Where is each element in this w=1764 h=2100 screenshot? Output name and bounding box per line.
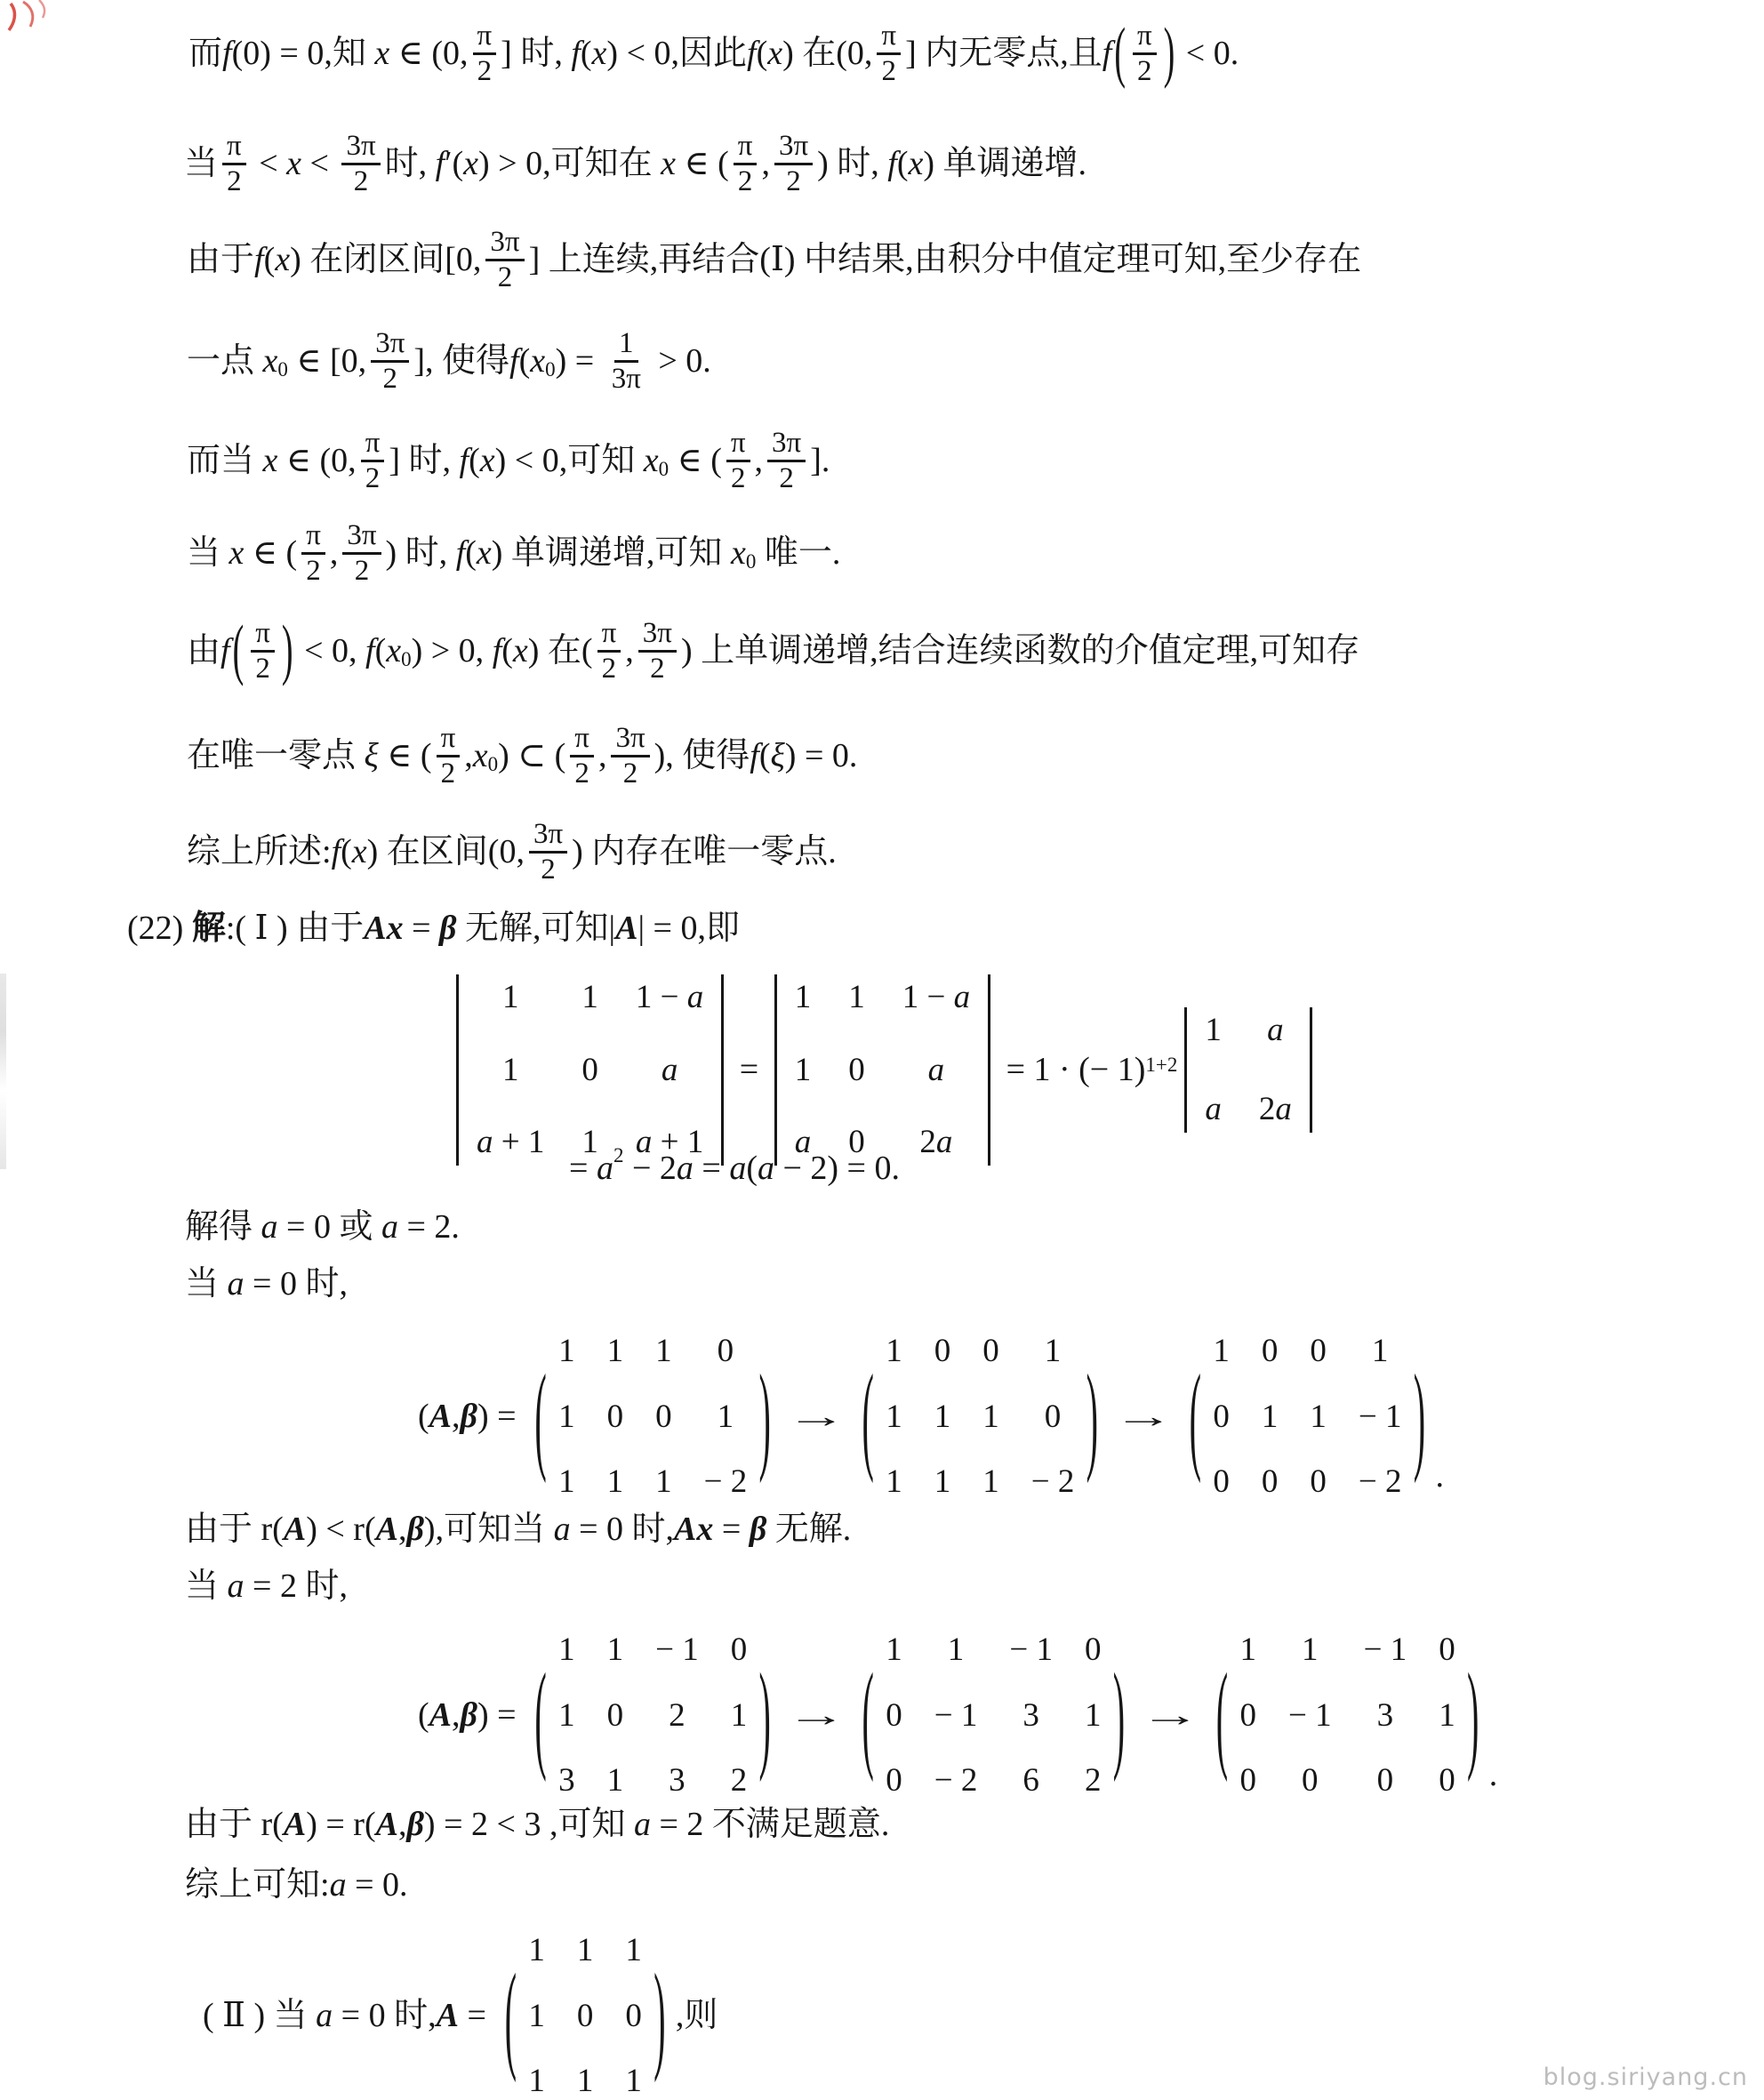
text: 1 − xyxy=(902,979,954,1015)
math-var: a xyxy=(381,1208,398,1246)
math-var: f xyxy=(332,833,341,870)
math-var: x xyxy=(530,342,545,380)
fraction: π2 xyxy=(473,20,497,88)
text: 0 xyxy=(655,1399,672,1435)
text-run: ( xyxy=(365,1510,376,1550)
text: = 0. xyxy=(347,1866,408,1904)
math-var: x xyxy=(767,35,782,72)
text: 1 xyxy=(1205,1012,1222,1048)
text: 一点 xyxy=(187,342,263,380)
text: 0 xyxy=(848,1052,865,1088)
text: 2 xyxy=(731,462,746,494)
math-var: f xyxy=(571,35,581,72)
text: ) 单调递增. xyxy=(923,145,1086,182)
text: , xyxy=(625,632,634,669)
text: ′( xyxy=(445,145,463,182)
matrix-cell: 1 − a xyxy=(636,978,703,1017)
matrix-cell: 1 xyxy=(607,1761,624,1800)
math-var: x xyxy=(463,145,478,182)
matrix-cell: 0 xyxy=(1262,1463,1279,1502)
solution-line-unique-zero-xi: 在唯一零点 ξ ∈ (π2,x0) ⊂ (π2,3π2), 使得f(ξ) = 0… xyxy=(187,722,857,790)
solution-line-mean-value-point: 一点 x0 ∈ [0,3π2], 使得f(x0) = 13π > 0. xyxy=(187,327,711,396)
matrix-grid: 111 − a10aa02a xyxy=(777,973,988,1167)
text-run: < x < xyxy=(251,144,338,184)
matrix-grid: 10011110111− 2 xyxy=(877,1330,1083,1503)
fraction: 3π2 xyxy=(342,519,381,588)
matrix-cell: 1 xyxy=(1045,1332,1062,1371)
matrix-cell: 1 xyxy=(502,978,519,1017)
text-run: ) 上单调递增,结合连续函数的介值定理,可知存 xyxy=(681,631,1359,671)
denominator: 2 xyxy=(536,854,560,886)
text: 1 xyxy=(558,1463,575,1500)
text: 时, xyxy=(385,145,436,182)
denominator: 2 xyxy=(379,363,403,396)
text: ( xyxy=(897,145,909,182)
text: 1 xyxy=(1262,1399,1279,1435)
matrix-cell: 1 xyxy=(655,1332,672,1371)
text-run: 当 xyxy=(184,144,218,184)
text: , xyxy=(452,1696,461,1734)
text: > 0. xyxy=(650,342,711,380)
text: 0 xyxy=(607,1697,624,1734)
numerator: π xyxy=(301,519,325,555)
bold-vector: Ax xyxy=(674,1510,713,1550)
text: π xyxy=(731,427,746,459)
matrix-cell: 1 xyxy=(982,1398,999,1437)
text: ) < 0,因此 xyxy=(606,35,747,72)
matrix-cell: 1 xyxy=(886,1398,902,1437)
text: π xyxy=(574,722,589,754)
text: 2 xyxy=(650,653,665,685)
text: ) 时, xyxy=(386,534,456,572)
det-bar-right xyxy=(1310,1007,1312,1133)
text: 1 xyxy=(625,1932,642,1968)
math-var: f xyxy=(493,632,502,669)
text: 0 xyxy=(718,1333,734,1369)
matrix-cell: 0 xyxy=(1239,1761,1256,1800)
text: 2 xyxy=(779,462,794,494)
text-run: 当 a = 0 时, xyxy=(185,1264,348,1304)
text: ( xyxy=(759,737,771,774)
determinant: 1aa2a xyxy=(1184,1006,1312,1134)
math-var: a xyxy=(758,1150,774,1187)
fraction: 3π2 xyxy=(611,722,649,790)
matrix-cell: 1 xyxy=(886,1631,902,1670)
text: − 1 xyxy=(1364,1631,1407,1668)
text: 无解. xyxy=(766,1511,851,1548)
text: 3 xyxy=(1377,1697,1394,1734)
text: ), 使得 xyxy=(654,737,750,774)
text-run: = xyxy=(404,909,439,949)
text: π xyxy=(306,519,321,551)
math-var: ξ xyxy=(365,737,379,774)
bold-vector: β xyxy=(439,909,456,949)
text: 1 xyxy=(607,1631,624,1668)
text: , xyxy=(755,442,764,479)
math-var: a xyxy=(597,1150,613,1187)
text: 1 xyxy=(528,1998,545,2034)
text-run: ) = xyxy=(306,1805,353,1845)
text: 1 xyxy=(1302,1631,1319,1668)
math-var: a xyxy=(729,1150,746,1187)
text: − 2 xyxy=(704,1463,748,1500)
fraction: π2 xyxy=(597,617,621,685)
math-var: a xyxy=(634,1806,651,1843)
fraction: π2 xyxy=(1133,20,1157,88)
matrix-grid: 11− 100− 1310000 xyxy=(1231,1629,1463,1802)
text-run: = xyxy=(569,1149,597,1189)
math-var: f xyxy=(747,35,757,72)
math-var: f xyxy=(456,534,466,572)
text: 1 xyxy=(558,1333,575,1369)
matrix-cell: 3 xyxy=(558,1761,575,1800)
subscript: 0 xyxy=(545,357,556,381)
subscript: 0 xyxy=(401,647,412,671)
matrix-cell: 2a xyxy=(919,1123,952,1162)
text: ) ⊂ ( xyxy=(498,737,565,774)
paren-right: ) xyxy=(651,1944,669,2087)
text: 1 xyxy=(558,1399,575,1435)
text: 1 xyxy=(718,1399,734,1435)
numerator: π xyxy=(1133,20,1157,55)
text: 1 xyxy=(655,1463,672,1500)
text-run: = xyxy=(713,1510,749,1550)
text-run: 由f xyxy=(187,631,230,671)
matrix: (10011110111− 2) xyxy=(859,1330,1101,1503)
matrix-cell: 0 xyxy=(886,1761,902,1800)
script-base: x xyxy=(386,631,401,671)
math-var: f xyxy=(460,442,469,479)
matrix-cell: 0 xyxy=(1262,1332,1279,1371)
math-var: a xyxy=(261,1208,278,1246)
solution-line-conclusion-zero: 综上所述:f(x) 在区间(0,3π2) 内存在唯一零点. xyxy=(187,818,837,886)
math-var: x xyxy=(731,534,746,572)
math-var: f xyxy=(254,241,264,278)
text: − 2) = 0. xyxy=(774,1150,900,1187)
text: ] 内无零点,且 xyxy=(905,35,1102,72)
text: ) = xyxy=(306,1806,353,1843)
text: 3 xyxy=(669,1762,686,1799)
matrix-cell: 1 xyxy=(795,978,812,1017)
text: = 1 · (− 1) xyxy=(998,1051,1145,1088)
text-run: ) > 0, f(x) 在( xyxy=(412,631,593,671)
text: π xyxy=(227,130,242,162)
text: 2 xyxy=(731,1762,748,1799)
solution-line-continuity: 由于f(x) 在闭区间[0,3π2] 上连续,再结合(Ⅰ) 中结果,由积分中值定… xyxy=(187,226,1361,294)
text: 当 xyxy=(187,534,229,572)
text: 2 xyxy=(365,462,381,494)
matrix-cell: 1 xyxy=(718,1398,734,1437)
text: ( xyxy=(264,241,276,278)
matrix-cell: 1 xyxy=(1085,1696,1102,1735)
determinant: 111 − a10aa + 11a + 1 xyxy=(456,973,724,1167)
text: 1 xyxy=(731,1697,748,1734)
text: 1 xyxy=(1045,1333,1062,1369)
text: 1 xyxy=(528,2063,545,2099)
text: 0 xyxy=(1310,1333,1327,1369)
text: ) = xyxy=(477,1696,525,1734)
fraction: π2 xyxy=(726,427,750,495)
solution-line-monotone-increase: 当π2 < x < 3π2时, f′(x) > 0,可知在 x ∈ (π2,3π… xyxy=(184,130,1086,198)
text: | = 0,即 xyxy=(637,910,740,947)
denominator: 2 xyxy=(619,757,643,790)
matrix-cell: 0 xyxy=(581,1051,598,1090)
math-var: a xyxy=(1267,1012,1284,1048)
text-run: ( xyxy=(418,1695,429,1735)
text: 1 xyxy=(528,1932,545,1968)
matrix-cell: 0 xyxy=(886,1696,902,1735)
text: ,则 xyxy=(676,1997,718,2034)
subscript: 0 xyxy=(488,752,499,776)
math-var: x xyxy=(473,737,488,774)
paren-left: ( xyxy=(859,1345,877,1487)
bold-vector: Ax xyxy=(364,909,403,949)
matrix-cell: 1 xyxy=(731,1696,748,1735)
paren-left: ( xyxy=(1213,1644,1231,1786)
bold-vector: A xyxy=(284,1805,306,1845)
text: 0 xyxy=(1213,1399,1230,1435)
text: 2 xyxy=(498,261,513,293)
scanned-solution-page: 而f(0) = 0,知 x ∈ (0,π2] 时, f(x) < 0,因此f(x… xyxy=(0,0,1764,2100)
text: 1 xyxy=(795,1052,812,1088)
math-var: f xyxy=(887,145,897,182)
matrix-grid: 111 − a10aa + 11a + 1 xyxy=(459,973,721,1167)
text-run: 解得 a = 0 或 a = 2. xyxy=(185,1207,460,1247)
text: 0 xyxy=(1213,1463,1230,1500)
text: ( Ⅱ ) 当 xyxy=(203,1997,316,2034)
text: 2 xyxy=(227,165,242,197)
math-var: a xyxy=(661,1052,678,1088)
text: 2 xyxy=(441,757,456,790)
paren-left: ( xyxy=(532,1644,549,1786)
matrix-cell: 1 xyxy=(558,1332,575,1371)
numerator: 3π xyxy=(371,327,409,363)
text-run: 由于f(x) 在闭区间[0, xyxy=(187,240,481,280)
text: ( xyxy=(519,342,531,380)
denominator: 2 xyxy=(1133,55,1157,88)
math-var: x xyxy=(592,35,607,72)
text: ) 时, xyxy=(817,145,887,182)
text: ) 在区间(0, xyxy=(367,833,525,870)
fraction: 13π xyxy=(607,327,645,396)
text: = xyxy=(404,910,439,947)
numerator: π xyxy=(570,722,594,757)
text: 0 xyxy=(607,1399,624,1435)
fraction: π2 xyxy=(361,427,385,495)
fraction: 3π2 xyxy=(485,226,524,294)
matrix-cell: 1 xyxy=(607,1463,624,1502)
paren-right: ) xyxy=(756,1345,774,1487)
determinant-result-line: = a2 − 2a = a(a − 2) = 0. xyxy=(569,1149,900,1189)
text-run: ( xyxy=(365,1805,376,1845)
text-run: ) 时, f(x) 单调递增. xyxy=(817,144,1086,184)
denominator: 2 xyxy=(437,757,461,790)
text: 2 xyxy=(738,165,753,197)
text: 0 xyxy=(886,1762,902,1799)
scripted-term: 1+2 xyxy=(1145,1058,1177,1082)
text: 1 xyxy=(502,979,519,1015)
trailing-period: . xyxy=(1489,1755,1498,1802)
matrix-cell: 3 xyxy=(669,1761,686,1800)
text: ∈ (0, xyxy=(277,442,356,479)
text: 2 xyxy=(786,165,801,197)
text: 1 xyxy=(795,979,812,1015)
denominator: 2 xyxy=(473,55,497,88)
text: 0 xyxy=(731,1631,748,1668)
text-run: , xyxy=(755,441,764,481)
text-run: 当 a = 2 时, xyxy=(185,1567,348,1607)
numerator: 3π xyxy=(611,722,649,757)
text: 3π xyxy=(346,130,375,162)
matrix-cell: a xyxy=(661,1051,678,1090)
text: 1 xyxy=(982,1463,999,1500)
text: ) 在闭区间[0, xyxy=(290,241,481,278)
matrix-cell: − 2 xyxy=(934,1761,978,1800)
rank-symbol: r xyxy=(261,1510,273,1550)
text: 0 xyxy=(1377,1762,1394,1799)
text-run: 当 x ∈ ( xyxy=(187,533,297,573)
text: 0 xyxy=(577,1998,594,2034)
text-run: 无解,可知| xyxy=(456,909,615,949)
red-stroke xyxy=(39,0,44,18)
matrix-grid: 111100111 xyxy=(519,1929,651,2100)
matrix-cell: 1 xyxy=(1213,1332,1230,1371)
text: π xyxy=(477,20,493,52)
bold-vector: β xyxy=(461,1397,477,1437)
text: 1 − xyxy=(636,979,687,1015)
solution-line-f0-no-zero: 而f(0) = 0,知 x ∈ (0,π2] 时, f(x) < 0,因此f(x… xyxy=(188,20,1239,88)
text: , xyxy=(464,737,473,774)
text: 当 xyxy=(184,145,218,182)
solution-line-x0-unique: 当 x ∈ (π2,3π2) 时, f(x) 单调递增,可知 x0 唯一. xyxy=(187,519,840,588)
matrix-cell: 1 xyxy=(934,1398,951,1437)
text: ) > 0,可知在 xyxy=(478,145,661,182)
math-var: a xyxy=(687,979,704,1015)
text: 2 xyxy=(882,55,897,87)
rank-symbol: r xyxy=(261,1805,273,1845)
text: 1 xyxy=(1213,1333,1230,1369)
text: − 2 xyxy=(1359,1463,1402,1500)
paren-right: ) xyxy=(1410,1345,1428,1487)
matrix-cell: a + 1 xyxy=(477,1123,544,1162)
matrix-cell: 1 xyxy=(581,978,598,1017)
matrix-cell: 1 xyxy=(502,1051,519,1090)
matrix-cell: 0 xyxy=(731,1631,748,1670)
text: 3π xyxy=(612,363,641,395)
denominator: 2 xyxy=(597,653,621,685)
text: π xyxy=(602,617,617,649)
scripted-term: x0 xyxy=(731,533,756,573)
text: 2 xyxy=(541,854,556,886)
text-run: | = 0,即 xyxy=(637,909,740,949)
fraction: π2 xyxy=(734,130,758,198)
denominator: 2 xyxy=(349,165,373,198)
text: ( xyxy=(375,632,387,669)
text: 1 xyxy=(934,1399,951,1435)
text: 2 xyxy=(602,653,617,685)
text-run: ) < xyxy=(306,1510,353,1550)
text: 0 xyxy=(1310,1463,1327,1500)
text: ) = 2 < 3 ,可知 xyxy=(424,1806,634,1843)
text: ) 内存在唯一零点. xyxy=(572,833,837,870)
math-var: f xyxy=(1102,35,1112,72)
text: ( xyxy=(272,1806,284,1843)
math-var: a xyxy=(928,1052,945,1088)
numerator: π xyxy=(251,617,275,653)
matrix-cell: 0 xyxy=(1377,1761,1394,1800)
numerator: 3π xyxy=(767,427,806,462)
text: 1 xyxy=(886,1399,902,1435)
math-var: a xyxy=(677,1150,694,1187)
row-reduction-arrow: → xyxy=(1140,1696,1200,1734)
bold-vector: A xyxy=(376,1510,398,1550)
text-run: = xyxy=(731,1050,766,1090)
text: ( xyxy=(465,534,477,572)
math-var: x xyxy=(286,145,301,182)
matrix-cell: 2a xyxy=(1259,1090,1292,1129)
math-var: x xyxy=(480,442,495,479)
matrix-cell: a xyxy=(928,1051,945,1090)
paren-right: ) xyxy=(1083,1345,1101,1487)
text-run: , xyxy=(464,736,473,776)
text: :( Ⅰ ) 由于 xyxy=(226,910,364,947)
text: π xyxy=(365,427,381,459)
text: = 0 时, xyxy=(245,1265,348,1302)
numerator: π xyxy=(473,20,497,55)
matrix-cell: 0 xyxy=(1310,1463,1327,1502)
denominator: 2 xyxy=(734,165,758,198)
text: − 1 xyxy=(1288,1697,1332,1734)
problem-22-part1-header: (22) 解:( Ⅰ ) 由于Ax = β 无解,可知|A| = 0,即 xyxy=(127,909,740,949)
matrix-cell: 0 xyxy=(1045,1398,1062,1437)
matrix-cell: 1 xyxy=(558,1463,575,1502)
subscript: 0 xyxy=(659,457,670,481)
math-var: f xyxy=(365,632,375,669)
text: 2 xyxy=(255,653,270,685)
math-var: a xyxy=(330,1866,347,1904)
text: 3π xyxy=(490,226,519,258)
numerator: π xyxy=(597,617,621,653)
text: 0 xyxy=(934,1333,951,1369)
matrix-cell: 0 xyxy=(1439,1631,1455,1670)
tall-paren-left: ( xyxy=(1114,14,1126,94)
text: 解得 xyxy=(185,1208,261,1246)
text: = 2. xyxy=(398,1208,460,1246)
matrix-cell: 1 xyxy=(607,1631,624,1670)
text: ]. xyxy=(810,442,830,479)
text: 0 xyxy=(886,1697,902,1734)
matrix-cell: − 1 xyxy=(655,1631,699,1670)
text: < xyxy=(301,145,337,182)
numerator: π xyxy=(877,20,901,55)
text-run: ( xyxy=(418,1397,429,1437)
math-var: a xyxy=(316,1997,333,2034)
scripted-term: a2 xyxy=(597,1149,624,1189)
math-var: x xyxy=(352,833,367,870)
matrix-cell: 1 xyxy=(1302,1631,1319,1670)
supscript: 1+2 xyxy=(1145,1053,1177,1077)
text: 而当 xyxy=(187,442,263,479)
matrix-cell: 1 xyxy=(886,1463,902,1502)
text: 1 xyxy=(934,1463,951,1500)
matrix-cell: 1 xyxy=(1262,1398,1279,1437)
text: 1 xyxy=(607,1333,624,1369)
matrix-cell: 0 xyxy=(1213,1463,1230,1502)
denominator: 2 xyxy=(493,261,517,294)
text: 1 xyxy=(982,1399,999,1435)
numerator: 3π xyxy=(341,130,380,165)
rank-comparison-a0-line: 由于 r(A) < r(A,β),可知当 a = 0 时,Ax = β 无解. xyxy=(185,1510,851,1550)
